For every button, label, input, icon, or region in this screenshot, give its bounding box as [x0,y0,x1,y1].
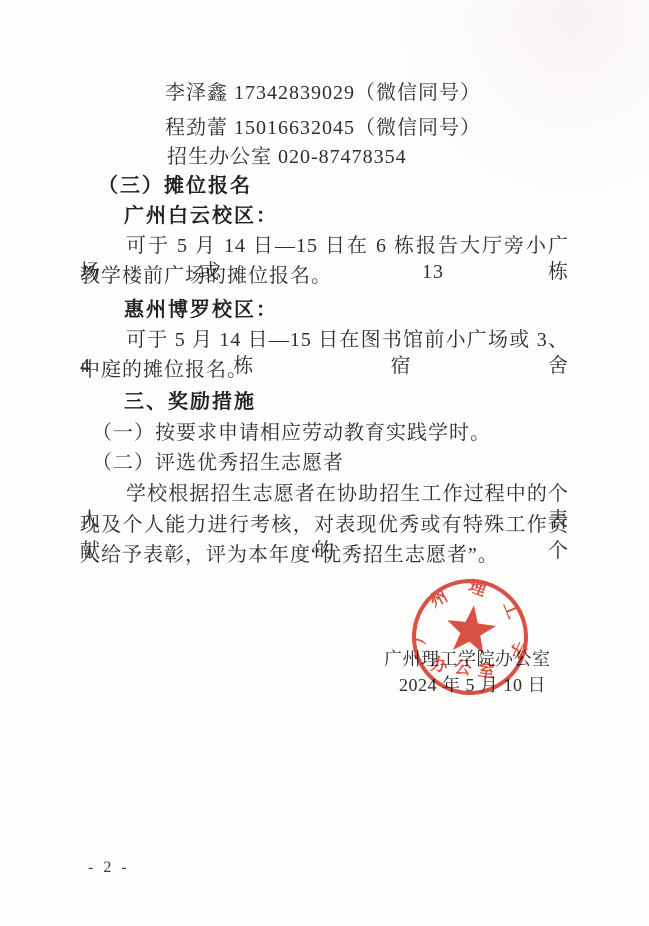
contact-line-2: 程劲蕾 15016632045（微信同号） [165,115,481,141]
campus2-paragraph-line2: 中庭的摊位报名。 [80,357,248,383]
campus2-heading: 惠州博罗校区： [124,297,278,323]
contact-line-1: 李泽鑫 17342839029（微信同号） [165,80,481,106]
contact-line-3: 招生办公室 020-87478354 [167,144,407,170]
campus1-paragraph-line2: 教学楼前广场的摊位报名。 [80,263,332,289]
official-seal: 广州理工学院 办公室 [392,559,548,715]
campus1-heading: 广州白云校区： [124,203,278,229]
rewards-section-heading: 三、奖励措施 [124,389,256,415]
rewards-item-2: （二）评选优秀招生志愿者 [92,450,344,476]
page-number: - 2 - [88,855,130,881]
rewards-item-1: （一）按要求申请相应劳动教育实践学时。 [92,420,491,446]
scanned-document-page: 李泽鑫 17342839029（微信同号） 程劲蕾 15016632045（微信… [0,0,649,926]
seal-bottom-text: 办公室 [429,653,503,682]
seal-star-icon [444,602,499,655]
booth-section-heading: （三）摊位报名 [98,173,252,199]
